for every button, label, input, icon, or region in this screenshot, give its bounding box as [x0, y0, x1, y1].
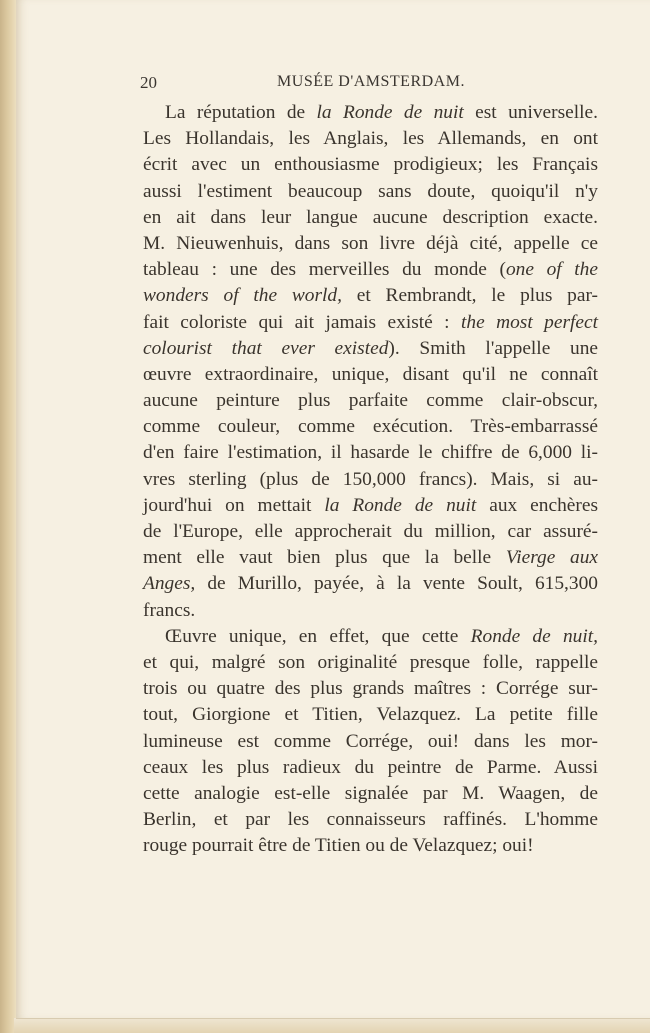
- italic-title: Anges,: [143, 573, 195, 594]
- text-line: trois ou quatre des plus grands maîtres …: [143, 676, 598, 702]
- text-line: ceaux les plus radieux du peintre de Par…: [143, 755, 598, 781]
- text-line: Anges, de Murillo, payée, à la vente Sou…: [143, 571, 598, 597]
- text-line: wonders of the world, et Rembrandt, le p…: [143, 283, 598, 309]
- text-line: francs.: [143, 598, 598, 624]
- text-line: vres sterling (plus de 150,000 francs). …: [143, 467, 598, 493]
- text-line: œuvre extraordinaire, unique, disant qu'…: [143, 362, 598, 388]
- body-text: La réputation de la Ronde de nuit est un…: [143, 100, 598, 859]
- text-line: aussi l'estiment beaucoup sans doute, qu…: [143, 179, 598, 205]
- text-line: M. Nieuwenhuis, dans son livre déjà cité…: [143, 231, 598, 257]
- text-line: et qui, malgré son originalité presque f…: [143, 650, 598, 676]
- text-line: cette analogie est-elle signalée par M. …: [143, 781, 598, 807]
- text-line: comme couleur, comme exécution. Très-emb…: [143, 414, 598, 440]
- text-line: colourist that ever existed). Smith l'ap…: [143, 336, 598, 362]
- running-head: 20 MUSÉE D'AMSTERDAM.: [140, 70, 602, 94]
- text-line: Berlin, et par les connaisseurs raffinés…: [143, 807, 598, 833]
- lower-page-edge: [14, 1018, 650, 1033]
- italic-title: la Ronde de nuit: [324, 495, 476, 516]
- text-line: d'en faire l'estimation, il hasarde le c…: [143, 440, 598, 466]
- paragraph-2: Œuvre unique, en effet, que cette Ronde …: [143, 624, 598, 860]
- text-line: de l'Europe, elle approcherait du millio…: [143, 519, 598, 545]
- text-line: jourd'hui on mettait la Ronde de nuit au…: [143, 493, 598, 519]
- italic-title: wonders of the world,: [143, 285, 342, 306]
- text-line: Œuvre unique, en effet, que cette Ronde …: [143, 624, 598, 650]
- text-line: tableau : une des merveilles du monde (o…: [143, 257, 598, 283]
- text-line: rouge pourrait être de Titien ou de Vela…: [143, 833, 598, 859]
- text-line: Les Hollandais, les Anglais, les Alleman…: [143, 126, 598, 152]
- text-line: écrit avec un enthousiasme prodigieux; l…: [143, 152, 598, 178]
- text-line: tout, Giorgione et Titien, Velazquez. La…: [143, 702, 598, 728]
- text-line: en ait dans leur langue aucune descripti…: [143, 205, 598, 231]
- italic-title: colourist that ever existed: [143, 338, 388, 359]
- text-line: fait coloriste qui ait jamais existé : t…: [143, 310, 598, 336]
- italic-title: one of the: [506, 259, 598, 280]
- italic-title: Ronde de nuit,: [471, 626, 598, 647]
- text-line: ment elle vaut bien plus que la belle Vi…: [143, 545, 598, 571]
- italic-title: the most perfect: [461, 312, 598, 333]
- running-title: MUSÉE D'AMSTERDAM.: [140, 73, 602, 91]
- paragraph-1: La réputation de la Ronde de nuit est un…: [143, 100, 598, 624]
- italic-title: la Ronde de nuit: [317, 102, 464, 123]
- text-line: La réputation de la Ronde de nuit est un…: [143, 100, 598, 126]
- italic-title: Vierge aux: [506, 547, 598, 568]
- text-line: lumineuse est comme Corrége, oui! dans l…: [143, 729, 598, 755]
- text-line: aucune peinture plus parfaite comme clai…: [143, 388, 598, 414]
